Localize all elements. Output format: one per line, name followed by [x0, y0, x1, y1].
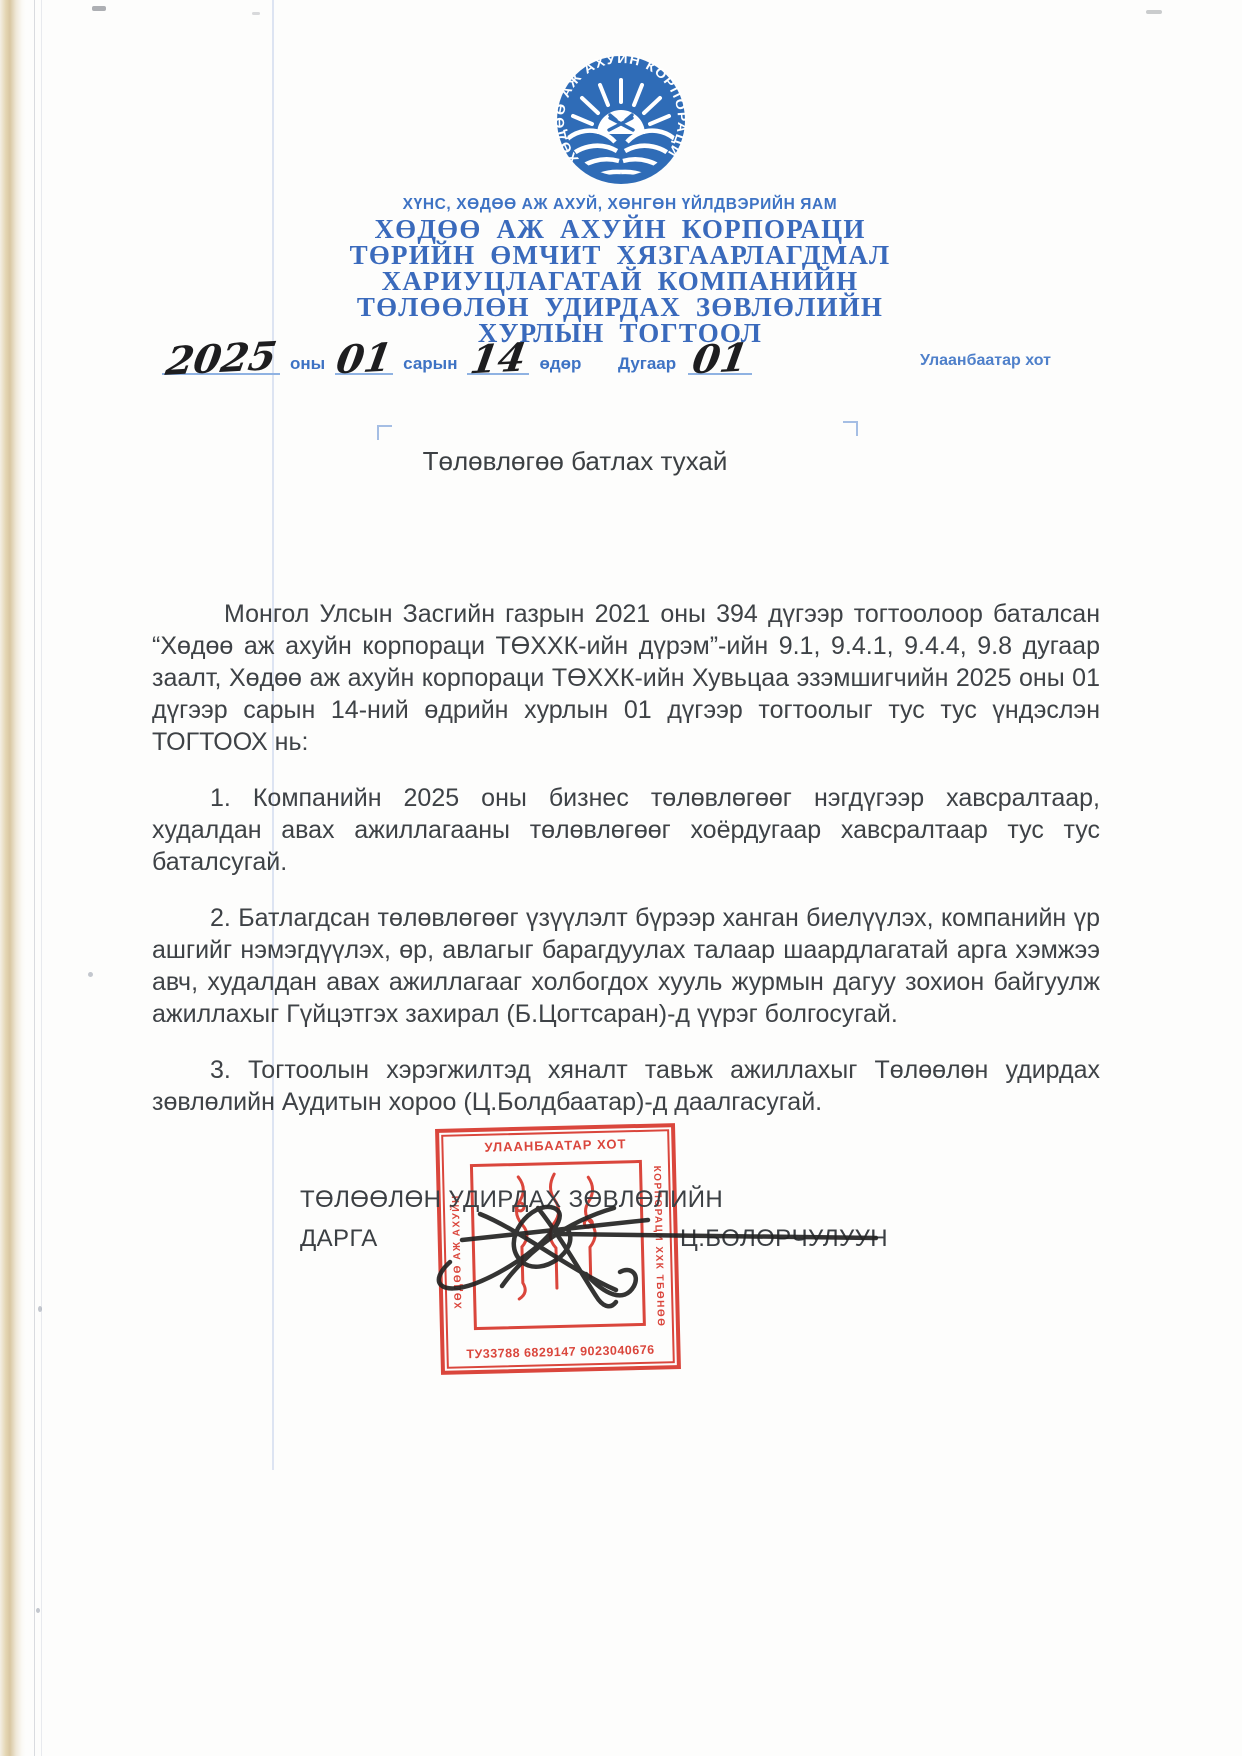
signatory-name: Ц.БОЛОРЧУЛУУН [680, 1225, 888, 1253]
scan-smudge [252, 12, 260, 15]
signatory-title-line1: ТӨЛӨӨЛӨН УДИРДАХ ЗӨВЛӨЛИЙН [300, 1186, 888, 1214]
intro-paragraph: Монгол Улсын Засгийн газрын 2021 оны 394… [152, 598, 1100, 758]
signatory-title-line2: ДАРГА [300, 1225, 378, 1253]
scan-smudge [92, 6, 106, 11]
handwritten-month: 01 [334, 341, 394, 378]
document-body: Монгол Улсын Засгийн газрын 2021 оны 394… [152, 598, 1100, 1142]
title-corner-mark-right [843, 421, 858, 436]
handwritten-year: 2025 [163, 339, 278, 379]
resolution-item-2: 2. Батлагдсан төлөвлөгөөг үзүүлэлт бүрээ… [152, 902, 1100, 1030]
org-name-line: ТӨРИЙН ӨМЧИТ ХЯЗГААРЛАГДМАЛ [150, 242, 1090, 268]
scan-smudge [1146, 10, 1162, 14]
month-slot: 01 [335, 338, 393, 375]
resolution-item-1: 1. Компанийн 2025 оны бизнес төлөвлөгөөг… [152, 782, 1100, 878]
date-line: 2025 оны 01 сарын 14 өдөр [162, 338, 581, 375]
scan-speck [88, 972, 93, 977]
day-slot: 14 [467, 338, 529, 375]
org-name-line: ТӨЛӨӨЛӨН УДИРДАХ ЗӨВЛӨЛИЙН [150, 294, 1090, 320]
handwritten-day: 14 [468, 341, 528, 378]
year-label: оны [290, 354, 325, 375]
month-label: сарын [403, 354, 457, 375]
ministry-line: ХҮНС, ХӨДӨӨ АЖ АХУЙ, ХӨНГӨН ҮЙЛДВЭРИЙН Я… [150, 196, 1090, 214]
scan-fold-line [34, 0, 35, 1756]
day-label: өдөр [539, 354, 581, 375]
handwritten-number: 01 [690, 341, 750, 378]
title-corner-mark-left [377, 425, 392, 440]
org-emblem-logo: ХӨДӨӨ АЖ АХУЙН КОРПОРАЦИ [553, 54, 689, 190]
scan-fold-line [41, 0, 42, 1756]
scan-speck [38, 1306, 42, 1312]
document-title: Төлөвлөгөө батлах тухай [150, 446, 1000, 477]
number-label: Дугаар [618, 354, 676, 375]
resolution-item-3: 3. Тогтоолын хэрэгжилтэд хяналт тавьж аж… [152, 1054, 1100, 1118]
signature-block: ТӨЛӨӨЛӨН УДИРДАХ ЗӨВЛӨЛИЙН ДАРГА Ц.БОЛОР… [300, 1186, 888, 1253]
org-name-block: ХӨДӨӨ АЖ АХУЙН КОРПОРАЦИ ТӨРИЙН ӨМЧИТ ХЯ… [150, 216, 1090, 346]
number-slot: 01 [688, 338, 752, 375]
scan-edge-strip [0, 0, 26, 1756]
year-slot: 2025 [162, 338, 280, 375]
org-name-line: ХАРИУЦЛАГАТАЙ КОМПАНИЙН [150, 268, 1090, 294]
city-label: Улаанбаатар хот [920, 352, 1051, 370]
document-number-group: Дугаар 01 [618, 338, 752, 375]
scanned-document-page: ХӨДӨӨ АЖ АХУЙН КОРПОРАЦИ [0, 0, 1242, 1756]
scan-speck [36, 1608, 40, 1613]
org-emblem-icon: ХӨДӨӨ АЖ АХУЙН КОРПОРАЦИ [553, 54, 689, 190]
org-name-line: ХӨДӨӨ АЖ АХУЙН КОРПОРАЦИ [150, 216, 1090, 242]
